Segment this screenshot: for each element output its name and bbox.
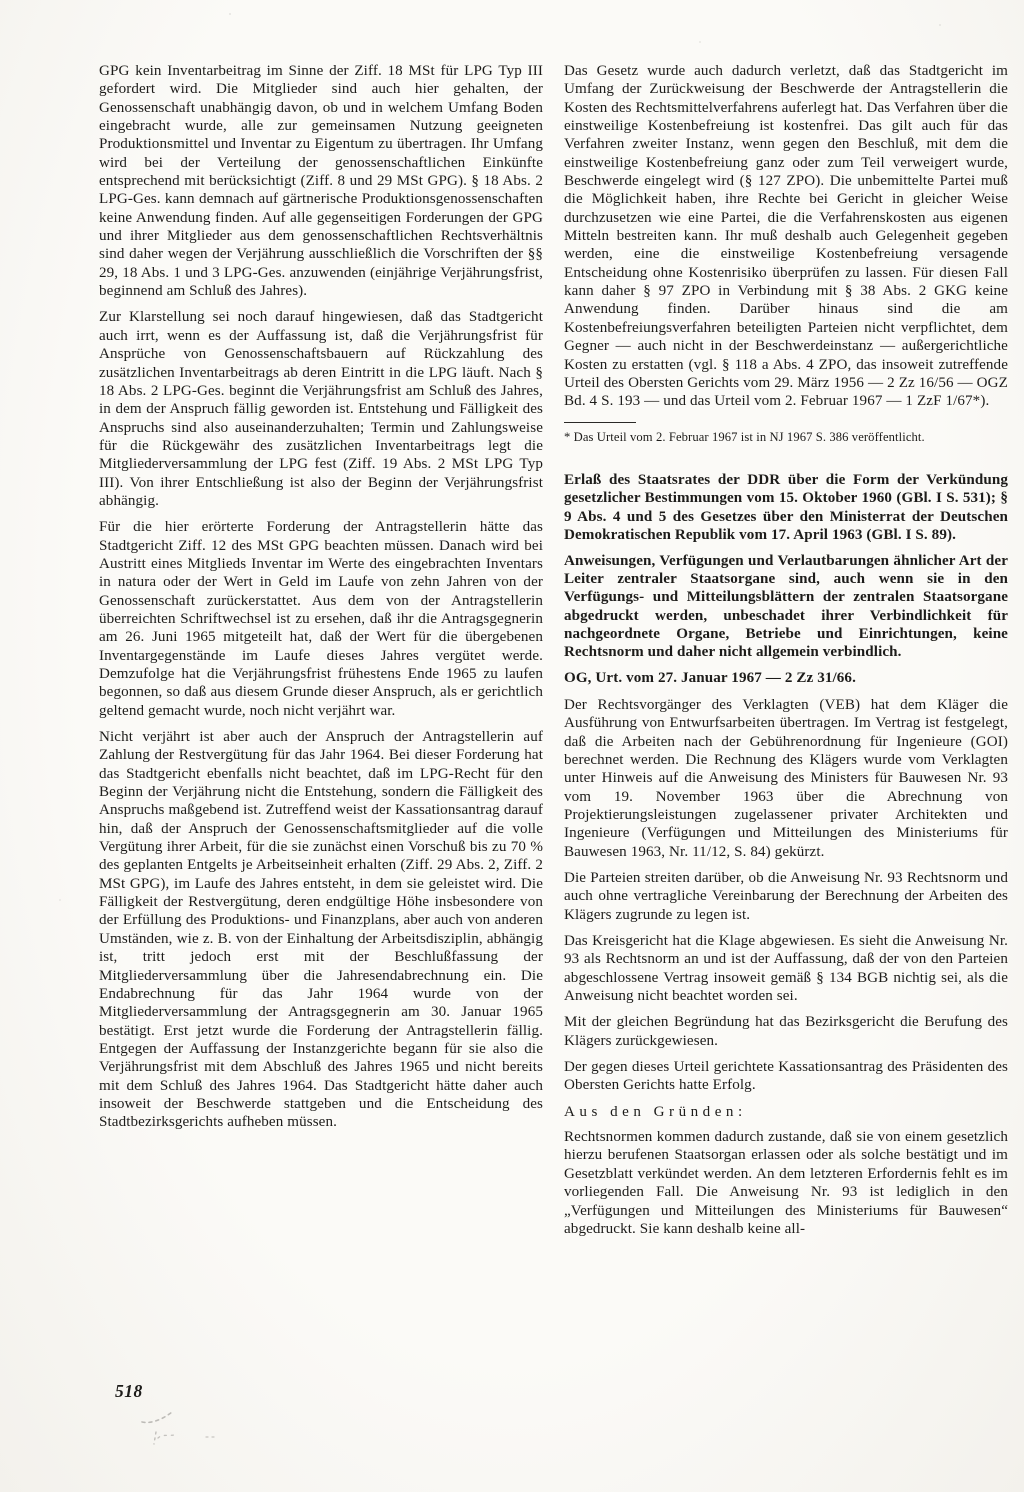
body-paragraph: Die Parteien streiten darüber, ob die An… bbox=[564, 869, 1008, 924]
journal-page: GPG kein Inventarbeitrag im Sinne der Zi… bbox=[0, 0, 1024, 1492]
page-number: 518 bbox=[115, 1381, 143, 1402]
body-paragraph: Zur Klarstellung sei noch darauf hingewi… bbox=[99, 308, 543, 510]
statute-heading: Erlaß des Staatsrates der DDR über die F… bbox=[564, 471, 1008, 544]
body-paragraph: Mit der gleichen Begründung hat das Bezi… bbox=[564, 1013, 1008, 1050]
body-paragraph: Der Rechtsvorgänger des Verklagten (VEB)… bbox=[564, 696, 1008, 861]
footnote: * Das Urteil vom 2. Februar 1967 ist in … bbox=[564, 430, 1008, 446]
body-paragraph: Das Kreisgericht hat die Klage abgewiese… bbox=[564, 932, 1008, 1005]
body-paragraph: Das Gesetz wurde auch dadurch verletzt, … bbox=[564, 62, 1008, 411]
reasons-heading: Aus den Gründen: bbox=[564, 1103, 1008, 1121]
body-paragraph: Für die hier erörterte Forderung der Ant… bbox=[99, 518, 543, 720]
left-column: GPG kein Inventarbeitrag im Sinne der Zi… bbox=[99, 62, 543, 1140]
body-paragraph: Rechtsnormen kommen dadurch zustande, da… bbox=[564, 1128, 1008, 1238]
body-paragraph: Nicht verjährt ist aber auch der Anspruc… bbox=[99, 728, 543, 1132]
case-citation: OG, Urt. vom 27. Januar 1967 — 2 Zz 31/6… bbox=[564, 669, 1008, 687]
right-column: Das Gesetz wurde auch dadurch verletzt, … bbox=[564, 62, 1008, 1246]
pencil-mark bbox=[128, 1404, 258, 1452]
footnote-marker: * bbox=[564, 430, 570, 444]
case-headnote: Anweisungen, Verfügungen und Verlautbaru… bbox=[564, 552, 1008, 662]
body-paragraph: Der gegen dieses Urteil gerichtete Kassa… bbox=[564, 1058, 1008, 1095]
footnote-separator bbox=[564, 422, 636, 423]
footnote-text: Das Urteil vom 2. Februar 1967 ist in NJ… bbox=[574, 430, 925, 444]
body-paragraph: GPG kein Inventarbeitrag im Sinne der Zi… bbox=[99, 62, 543, 300]
